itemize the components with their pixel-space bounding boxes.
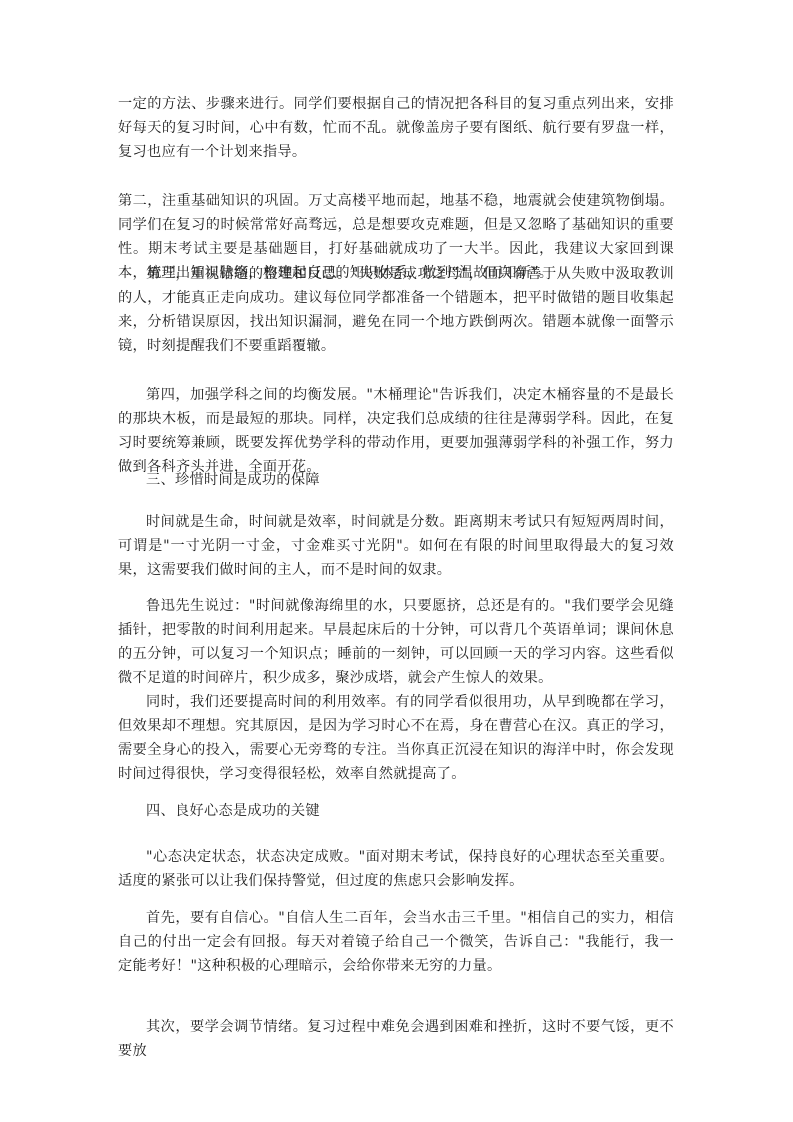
paragraph-mindset: "心态决定状态，状态决定成败。"面对期末考试，保持良好的心理状态至关重要。适度的… <box>118 845 674 893</box>
paragraph-point-three-mistakes: 第三，重视错题的整理和反思。"失败是成功之母"，但只有善于从失败中汲取教训的人，… <box>118 262 674 358</box>
paragraph-emotion-control: 其次，要学会调节情绪。复习过程中难免会遇到困难和挫折，这时不要气馁，更不要放 <box>118 1015 674 1063</box>
paragraph-point-four-balance: 第四，加强学科之间的均衡发展。"木桶理论"告诉我们，决定木桶容量的不是最长的那块… <box>118 383 674 479</box>
document-page: 一定的方法、步骤来进行。同学们要根据自己的情况把各科目的复习重点列出来，安排好每… <box>0 0 793 1122</box>
paragraph-lu-xun-quote: 鲁迅先生说过："时间就像海绵里的水，只要愿挤，总还是有的。"我们要学会见缝插针，… <box>118 594 674 690</box>
paragraph-self-confidence: 首先，要有自信心。"自信人生二百年，会当水击三千里。"相信自己的实力，相信自己的… <box>118 906 674 978</box>
paragraph-time-is-life: 时间就是生命，时间就是效率，时间就是分数。距离期末考试只有短短两周时间，可谓是"… <box>118 510 674 582</box>
paragraph-study-plan: 一定的方法、步骤来进行。同学们要根据自己的情况把各科目的复习重点列出来，安排好每… <box>118 92 674 164</box>
section-heading-three: 三、珍惜时间是成功的保障 <box>118 468 674 492</box>
paragraph-time-efficiency: 同时，我们还要提高时间的利用效率。有的同学看似很用功，从早到晚都在学习，但效果却… <box>118 690 674 786</box>
section-heading-four: 四、良好心态是成功的关键 <box>118 799 674 823</box>
